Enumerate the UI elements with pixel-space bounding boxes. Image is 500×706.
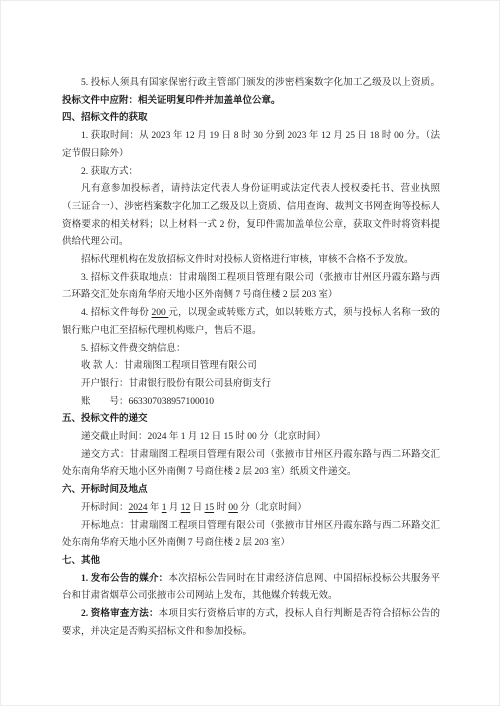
text-run: 年: [148, 503, 162, 513]
text-run: 2. 获取方式：: [81, 167, 138, 177]
clause-opening-time: 开标时间：2024 年 1 月 12 日 15 时 00 分（北京时间）: [62, 500, 440, 518]
text-run: 2024: [129, 503, 148, 513]
text-run: 五、投标文件的递交: [62, 414, 148, 424]
clause-submit-deadline: 递交截止时间：2024 年 1 月 12 日 15 时 00 分（北京时间）: [62, 429, 440, 447]
text-run: 5. 招标文件费交纳信息：: [81, 344, 186, 354]
clause-document-fee: 4. 招标文件每份 200 元，以现金或转账方式，如以转账方式，须与投标人名称一…: [62, 305, 440, 340]
text-run: 开户银行：甘肃银行股份有限公司县府街支行: [81, 379, 271, 389]
section-5-heading: 五、投标文件的递交: [62, 411, 440, 429]
text-run: 凡有意参加投标者，请持法定代表人身份证明或法定代表人授权委托书、营业执照（三证合…: [62, 184, 440, 247]
clause-qualification: 5. 投标人须具有国家保密行政主管部门颁发的涉密档案数字化加工乙级及以上资质。投…: [62, 75, 440, 110]
payee-name: 收 款 人：甘肃瑞图工程项目管理有限公司: [62, 358, 440, 376]
payee-bank: 开户银行：甘肃银行股份有限公司县府街支行: [62, 376, 440, 394]
text-run: 四、招标文件的获取: [62, 113, 148, 123]
payee-account: 账 号：663307038957100010: [62, 394, 440, 412]
clause-obtain-location: 3. 招标文件获取地点：甘肃瑞图工程项目管理有限公司（张掖市甘州区丹霞东路与西二…: [62, 270, 440, 305]
text-run: 分（北京时间）: [238, 503, 307, 513]
clause-fee-info-title: 5. 招标文件费交纳信息：: [62, 341, 440, 359]
text-run: 5. 投标人须具有国家保密行政主管部门颁发的涉密档案数字化加工乙级及以上资质。: [81, 78, 440, 88]
clause-opening-location: 开标地点：甘肃瑞图工程项目管理有限公司（张掖市甘州区丹霞东路与西二环路交汇处东南…: [62, 518, 440, 553]
clause-obtain-method-detail: 凡有意参加投标者，请持法定代表人身份证明或法定代表人授权委托书、营业执照（三证合…: [62, 181, 440, 252]
text-run: 日: [190, 503, 204, 513]
text-run: 投标文件中应附：相关证明复印件并加盖单位公章。: [62, 96, 281, 106]
clause-qualification-review: 2. 资格审查方法：本项目实行资格后审的方式，投标人自行判断是否符合招标公告的要…: [62, 606, 440, 641]
section-4-heading: 四、招标文件的获取: [62, 110, 440, 128]
section-7-heading: 七、其他: [62, 553, 440, 571]
text-run: 时: [214, 503, 228, 513]
text-run: 2. 资格审查方法：: [81, 609, 159, 619]
text-run: 开标地点：甘肃瑞图工程项目管理有限公司（张掖市甘州区丹霞东路与西二环路交汇处东南…: [62, 521, 440, 549]
text-run: 递交方式：甘肃瑞图工程项目管理有限公司（张掖市甘州区丹霞东路与西二环路交汇处东南…: [62, 450, 440, 478]
text-run: 00: [228, 503, 238, 513]
text-run: 15: [205, 503, 215, 513]
section-6-heading: 六、开标时间及地点: [62, 482, 440, 500]
clause-announcement-media: 1. 发布公告的媒介：本次招标公告同时在甘肃经济信息网、中国招标投标公共服务平台…: [62, 571, 440, 606]
document-page: 5. 投标人须具有国家保密行政主管部门颁发的涉密档案数字化加工乙级及以上资质。投…: [0, 0, 500, 706]
clause-submit-method: 递交方式：甘肃瑞图工程项目管理有限公司（张掖市甘州区丹霞东路与西二环路交汇处东南…: [62, 447, 440, 482]
text-run: 开标时间：: [81, 503, 129, 513]
clause-obtain-time: 1. 获取时间：从 2023 年 12 月 19 日 8 时 30 分到 202…: [62, 128, 440, 163]
text-run: 3. 招标文件获取地点：甘肃瑞图工程项目管理有限公司（张掖市甘州区丹霞东路与西二…: [62, 273, 440, 301]
text-run: 1. 获取时间：从 2023 年 12 月 19 日 8 时 30 分到 202…: [62, 131, 440, 159]
text-run: 12: [181, 503, 191, 513]
text-run: 招标代理机构在发放招标文件时对投标人资格进行审核，审核不合格不予发放。: [81, 255, 414, 265]
text-run: 月: [167, 503, 181, 513]
text-run: 账 号：663307038957100010: [81, 397, 214, 407]
text-run: 七、其他: [62, 556, 100, 566]
text-run: 六、开标时间及地点: [62, 485, 148, 495]
clause-agency-review: 招标代理机构在发放招标文件时对投标人资格进行审核，审核不合格不予发放。: [62, 252, 440, 270]
text-run: 收 款 人：甘肃瑞图工程项目管理有限公司: [81, 361, 257, 371]
document-body: 5. 投标人须具有国家保密行政主管部门颁发的涉密档案数字化加工乙级及以上资质。投…: [62, 75, 440, 642]
text-run: 4. 招标文件每份: [81, 308, 152, 318]
text-run: 200: [152, 308, 169, 318]
clause-obtain-method-title: 2. 获取方式：: [62, 164, 440, 182]
text-run: 递交截止时间：2024 年 1 月 12 日 15 时 00 分（北京时间）: [81, 432, 326, 442]
text-run: 1. 发布公告的媒介：: [81, 574, 168, 584]
